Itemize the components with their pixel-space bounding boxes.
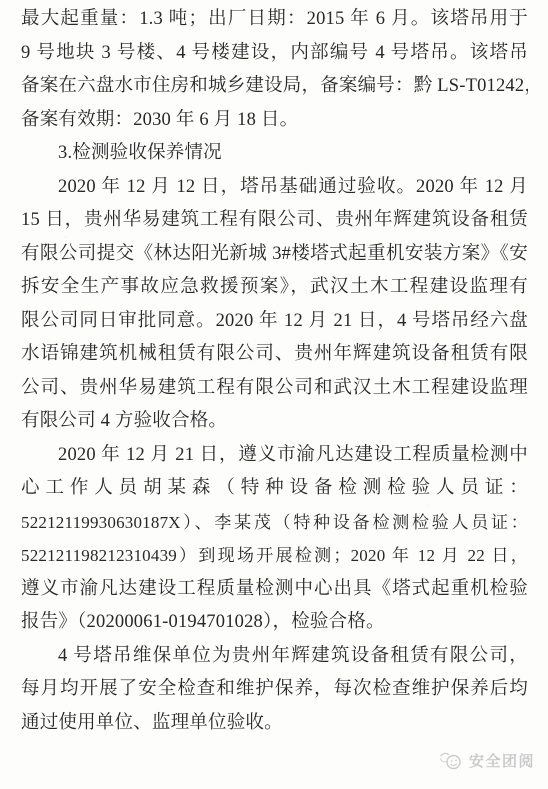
text-line: 心工作人员胡某森（特种设备检测检验人员证： <box>21 472 528 506</box>
text-line: 522121198212310439）到现场开展检测；2020 年 12 月 2… <box>21 539 528 573</box>
text-line: 遵义市渝凡达建设工程质量检测中心出具《塔式起重机检验 <box>21 573 528 607</box>
text-line: 9 号地块 3 号楼、4 号楼建设，内部编号 4 号塔吊。该塔吊 <box>21 37 528 71</box>
text-line: 报告》（20200061-0194701028），检验合格。 <box>21 606 528 640</box>
text-line: 公司、贵州华易建筑工程有限公司和武汉土木工程建设监理 <box>21 372 528 406</box>
text-line: 4 号塔吊维保单位为贵州年辉建筑设备租赁有限公司， <box>21 640 528 674</box>
text-line: 有限公司提交《林达阳光新城 3#楼塔式起重机安装方案》《安 <box>21 238 528 272</box>
text-line: 限公司同日审批同意。2020 年 12 月 21 日，4 号塔吊经六盘 <box>21 305 528 339</box>
text-line: 通过使用单位、监理单位验收。 <box>21 707 528 741</box>
text-line: 最大起重量：1.3 吨；出厂日期：2015 年 6 月。该塔吊用于 <box>21 3 528 37</box>
document-page: 最大起重量：1.3 吨；出厂日期：2015 年 6 月。该塔吊用于9 号地块 3… <box>0 0 548 789</box>
text-line: 52212119930630187X）、李某茂（特种设备检测检验人员证： <box>21 506 528 540</box>
text-line: 拆安全生产事故应急救援预案》，武汉土木工程建设监理有 <box>21 271 528 305</box>
text-line: 3.检测验收保养情况 <box>21 137 528 171</box>
watermark-label: 安全团阅 <box>469 750 535 771</box>
text-line: 备案有效期：2030 年 6 月 18 日。 <box>21 104 528 138</box>
text-line: 有限公司 4 方验收合格。 <box>21 405 528 439</box>
text-line: 备案在六盘水市住房和城乡建设局，备案编号：黔 LS-T01242， <box>21 70 528 104</box>
safety-logo-icon <box>439 751 465 771</box>
text-line: 水语锦建筑机械租赁有限公司、贵州年辉建筑设备租赁有限 <box>21 338 528 372</box>
text-line: 2020 年 12 月 21 日，遵义市渝凡达建设工程质量检测中 <box>21 439 528 473</box>
text-line: 2020 年 12 月 12 日，塔吊基础通过验收。2020 年 12 月 <box>21 171 528 205</box>
watermark: 安全团阅 <box>439 750 535 771</box>
text-line: 15 日，贵州华易建筑工程有限公司、贵州年辉建筑设备租赁 <box>21 204 528 238</box>
text-line: 每月均开展了安全检查和维护保养，每次检查维护保养后均 <box>21 673 528 707</box>
document-text: 最大起重量：1.3 吨；出厂日期：2015 年 6 月。该塔吊用于9 号地块 3… <box>0 0 548 740</box>
